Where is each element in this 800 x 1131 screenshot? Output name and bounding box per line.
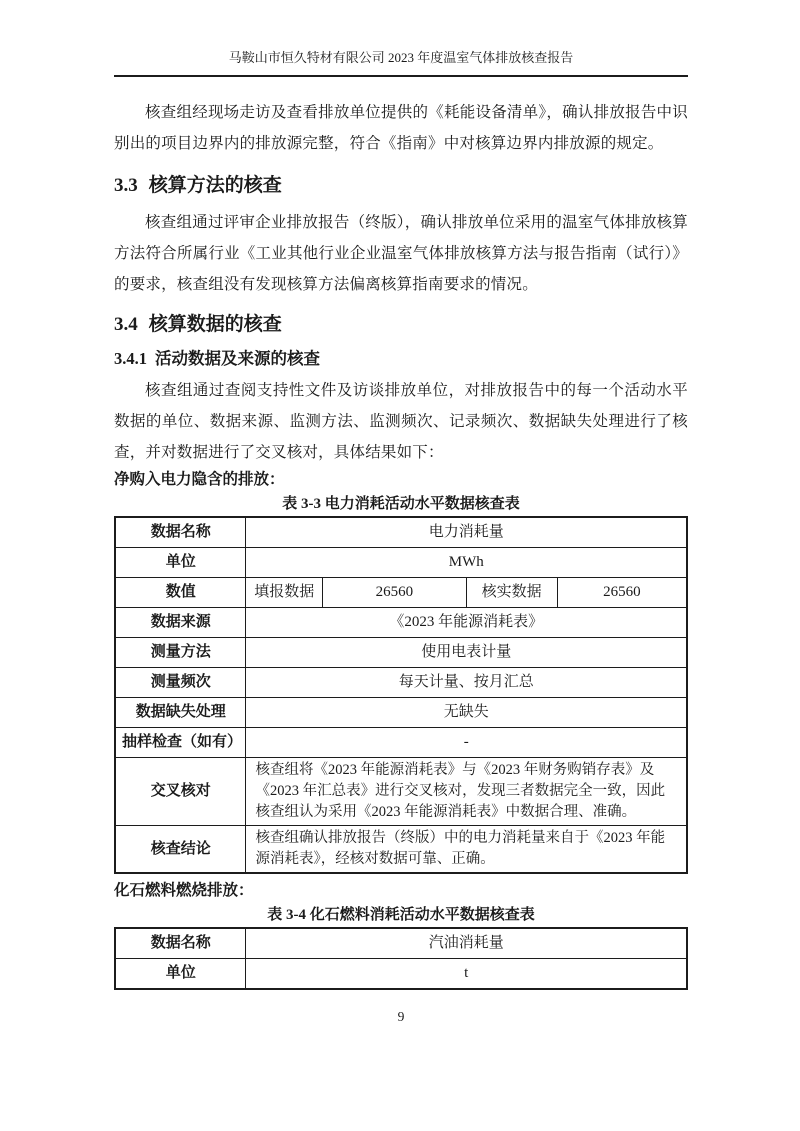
row-label-cell: 数据缺失处理 bbox=[115, 698, 246, 728]
section-number: 3.4 bbox=[114, 314, 138, 335]
row-value-cell: 汽油消耗量 bbox=[246, 928, 687, 959]
table-row: 数据来源 《2023 年能源消耗表》 bbox=[115, 608, 687, 638]
section-heading-3-4: 3.4核算数据的核查 bbox=[114, 312, 688, 338]
table-row: 交叉核对 核查组将《2023 年能源消耗表》与《2023 年财务购销存表》及《2… bbox=[115, 758, 687, 826]
section-title: 核算数据的核查 bbox=[149, 314, 282, 335]
table-3-3-caption: 表 3-3 电力消耗活动水平数据核查表 bbox=[114, 492, 688, 516]
table-row: 核查结论 核查组确认排放报告（终版）中的电力消耗量来自于《2023 年能源消耗表… bbox=[115, 826, 687, 874]
row-value-cell: 《2023 年能源消耗表》 bbox=[246, 608, 687, 638]
row-value-cell: t bbox=[246, 959, 687, 990]
row-value-cell: 核查组确认排放报告（终版）中的电力消耗量来自于《2023 年能源消耗表》，经核对… bbox=[246, 826, 687, 874]
row-label-cell: 单位 bbox=[115, 548, 246, 578]
page-header: 马鞍山市恒久特材有限公司 2023 年度温室气体排放核查报告 bbox=[114, 48, 688, 77]
paragraph-method-check: 核查组通过评审企业排放报告（终版），确认排放单位采用的温室气体排放核算方法符合所… bbox=[114, 207, 688, 300]
row-label-cell: 测量频次 bbox=[115, 668, 246, 698]
section-heading-3-3: 3.3核算方法的核查 bbox=[114, 173, 688, 199]
row-label-cell: 核查结论 bbox=[115, 826, 246, 874]
table-3-3: 数据名称 电力消耗量 单位 MWh 数值 填报数据 26560 核实数据 265… bbox=[114, 516, 688, 874]
table-row: 测量频次 每天计量、按月汇总 bbox=[115, 668, 687, 698]
table-row: 数据缺失处理 无缺失 bbox=[115, 698, 687, 728]
row-label-cell: 数据名称 bbox=[115, 517, 246, 548]
row-value-cell: - bbox=[246, 728, 687, 758]
section-title: 活动数据及来源的核查 bbox=[155, 349, 320, 368]
table-3-4: 数据名称 汽油消耗量 单位 t bbox=[114, 927, 688, 990]
header-title: 马鞍山市恒久特材有限公司 2023 年度温室气体排放核查报告 bbox=[229, 50, 574, 65]
row-label-cell: 数据来源 bbox=[115, 608, 246, 638]
section-title: 核算方法的核查 bbox=[149, 175, 282, 196]
paragraph-boundary-check: 核查组经现场走访及查看排放单位提供的《耗能设备清单》，确认排放报告中识别出的项目… bbox=[114, 97, 688, 159]
table-row: 单位 MWh bbox=[115, 548, 687, 578]
row-value-cell: 电力消耗量 bbox=[246, 517, 687, 548]
row-label-cell: 单位 bbox=[115, 959, 246, 990]
row-value-cell: 核查组将《2023 年能源消耗表》与《2023 年财务购销存表》及《2023 年… bbox=[246, 758, 687, 826]
verified-data-value-cell: 26560 bbox=[557, 578, 687, 608]
table-row: 测量方法 使用电表计量 bbox=[115, 638, 687, 668]
document-page: 马鞍山市恒久特材有限公司 2023 年度温室气体排放核查报告 核查组经现场走访及… bbox=[0, 0, 800, 1131]
electricity-emission-label: 净购入电力隐含的排放： bbox=[114, 468, 688, 492]
section-number: 3.3 bbox=[114, 175, 138, 196]
paragraph-activity-data: 核查组通过查阅支持性文件及访谈排放单位，对排放报告中的每一个活动水平数据的单位、… bbox=[114, 375, 688, 468]
row-label-cell: 抽样检查（如有） bbox=[115, 728, 246, 758]
row-label-cell: 测量方法 bbox=[115, 638, 246, 668]
page-content: 马鞍山市恒久特材有限公司 2023 年度温室气体排放核查报告 核查组经现场走访及… bbox=[114, 0, 688, 1026]
reported-data-value-cell: 26560 bbox=[323, 578, 467, 608]
table-row: 数据名称 电力消耗量 bbox=[115, 517, 687, 548]
row-value-cell: 每天计量、按月汇总 bbox=[246, 668, 687, 698]
table-row: 数据名称 汽油消耗量 bbox=[115, 928, 687, 959]
table-row: 单位 t bbox=[115, 959, 687, 990]
section-heading-3-4-1: 3.4.1活动数据及来源的核查 bbox=[114, 348, 688, 370]
verified-data-label-cell: 核实数据 bbox=[466, 578, 557, 608]
table-3-4-caption: 表 3-4 化石燃料消耗活动水平数据核查表 bbox=[114, 903, 688, 927]
fossil-fuel-emission-label: 化石燃料燃烧排放： bbox=[114, 879, 688, 903]
row-value-cell: 无缺失 bbox=[246, 698, 687, 728]
row-value-cell: 使用电表计量 bbox=[246, 638, 687, 668]
row-label-cell: 数据名称 bbox=[115, 928, 246, 959]
row-label-cell: 数值 bbox=[115, 578, 246, 608]
table-row: 抽样检查（如有） - bbox=[115, 728, 687, 758]
section-number: 3.4.1 bbox=[114, 349, 147, 368]
row-label-cell: 交叉核对 bbox=[115, 758, 246, 826]
table-row-values: 数值 填报数据 26560 核实数据 26560 bbox=[115, 578, 687, 608]
reported-data-label-cell: 填报数据 bbox=[246, 578, 323, 608]
row-value-cell: MWh bbox=[246, 548, 687, 578]
page-number: 9 bbox=[114, 1008, 688, 1026]
